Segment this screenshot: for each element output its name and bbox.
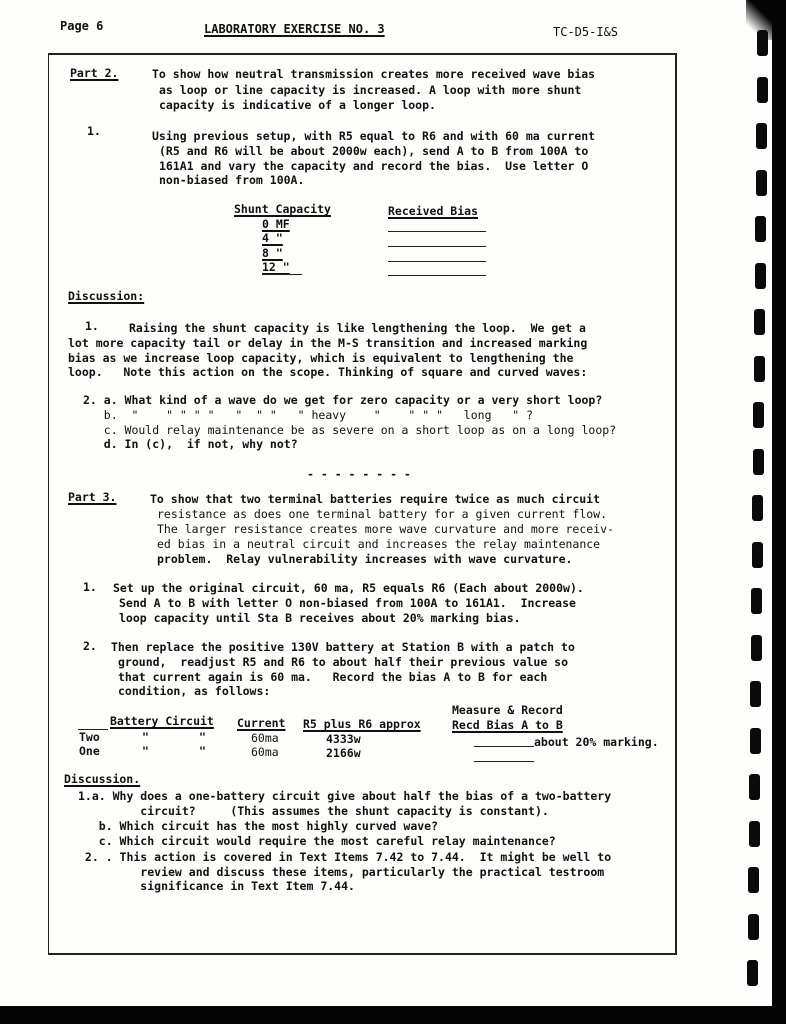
battery-row-1-ditto-2: " (199, 730, 206, 744)
recd-bias-header: Recd Bias A to B (452, 718, 563, 732)
part3-step2-line-4: condition, as follows: (118, 684, 270, 699)
discussion-item1-line-2: lot more capacity tail or delay in the M… (68, 336, 587, 351)
battery-row-1-current: 60ma (251, 731, 279, 745)
binding-hole-mark (747, 960, 758, 986)
battery-row-1-resistance: 4333w (326, 732, 361, 746)
part3-step2-num: 2. (83, 639, 97, 653)
part2-intro-1: To show how neutral transmission creates… (152, 67, 595, 82)
part2-intro-3: capacity is indicative of a longer loop. (159, 98, 436, 113)
part3-intro-2: resistance as does one terminal battery … (157, 507, 607, 522)
part3-discussion-line-5: 2. . This action is covered in Text Item… (78, 850, 611, 865)
part3-intro-1: To show that two terminal batteries requ… (150, 492, 600, 507)
part3-discussion-line-1: 1.a. Why does a one-battery circuit give… (78, 789, 611, 804)
binding-hole-mark (752, 542, 763, 568)
part2-step1-line-1: Using previous setup, with R5 equal to R… (152, 129, 595, 144)
part2-intro-2: as loop or line capacity is increased. A… (159, 83, 581, 98)
scan-edge-right (772, 0, 786, 1024)
binding-hole-mark (752, 495, 763, 521)
discussion-item2-b: b. " " " " " " " " " heavy " " " " long … (83, 408, 533, 423)
binding-hole-mark (750, 728, 761, 754)
received-bias-blank-3[interactable] (388, 261, 486, 262)
capacity-row-3: 8 " (262, 246, 283, 260)
page-title: LABORATORY EXERCISE NO. 3 (204, 22, 385, 36)
capacity-row-1: 0 MF (262, 217, 290, 231)
binding-hole-mark (753, 449, 764, 475)
received-bias-blank-2[interactable] (388, 246, 486, 247)
received-bias-blank-1[interactable] (388, 231, 486, 232)
battery-row-2-resistance: 2166w (326, 746, 361, 760)
binding-hole-mark (756, 123, 767, 149)
battery-row-1-bias-blank[interactable] (474, 746, 534, 747)
section-separator: - - - - - - - - (307, 467, 411, 481)
binding-hole-mark (757, 77, 768, 103)
battery-row-2-bias-blank[interactable] (474, 761, 534, 762)
binding-hole-mark (756, 170, 767, 196)
binding-hole-mark (749, 774, 760, 800)
part3-discussion-line-2: circuit? (This assumes the shunt capacit… (78, 804, 549, 819)
binding-hole-mark (754, 356, 765, 382)
capacity-row-4: 12 " (262, 260, 290, 274)
discussion-item2-a: 2. a. What kind of a wave do we get for … (83, 393, 602, 408)
part3-intro-4: ed bias in a neutral circuit and increas… (157, 537, 600, 552)
capacity-row-2: 4 " (262, 231, 283, 245)
part3-step1-num: 1. (83, 580, 97, 594)
part2-label: Part 2. (70, 66, 118, 80)
part3-discussion-line-3: b. Which circuit has the most highly cur… (78, 819, 438, 834)
part2-step1-num: 1. (87, 124, 101, 138)
page-number: Page 6 (60, 19, 103, 33)
binding-hole-mark (751, 635, 762, 661)
discussion-item1-num: 1. (85, 319, 99, 333)
doc-code: TC-D5-I&S (553, 25, 618, 39)
binding-hole-mark (755, 263, 766, 289)
binding-hole-mark (748, 867, 759, 893)
measure-record-label: Measure & Record (452, 703, 563, 717)
current-header: Current (237, 716, 285, 730)
part3-step2-line-3: that current again is 60 ma. Record the … (118, 670, 547, 685)
battery-circuit-header: Battery Circuit (110, 714, 214, 728)
battery-row-2-label: One (79, 744, 100, 758)
scan-edge-bottom (0, 1006, 786, 1024)
received-bias-header: Received Bias (388, 204, 478, 218)
part3-discussion-line-7: significance in Text Item 7.44. (78, 879, 355, 894)
part3-label: Part 3. (68, 490, 116, 504)
part3-step1-line-1: Set up the original circuit, 60 ma, R5 e… (113, 581, 584, 596)
part2-step1-line-3: 161A1 and vary the capacity and record t… (159, 159, 588, 174)
discussion-item1-line-4: loop. Note this action on the scope. Thi… (68, 365, 587, 380)
part3-intro-3: The larger resistance creates more wave … (157, 522, 614, 537)
discussion-item2-c: c. Would relay maintenance be as severe … (83, 423, 616, 438)
battery-row-2-ditto-1: " (142, 744, 149, 758)
binding-hole-mark (750, 681, 761, 707)
received-bias-blank-4[interactable] (388, 275, 486, 276)
discussion-item1-line-3: bias as we increase loop capacity, which… (68, 351, 573, 366)
part3-intro-5: problem. Relay vulnerability increases w… (157, 552, 572, 567)
binding-hole-mark (751, 588, 762, 614)
battery-row-2-current: 60ma (251, 745, 279, 759)
binding-hole-mark (755, 216, 766, 242)
part3-step2-line-2: ground, readjust R5 and R6 to about half… (118, 655, 568, 670)
part3-step1-line-2: Send A to B with letter O non-biased fro… (119, 596, 576, 611)
discussion-item1-line-1: Raising the shunt capacity is like lengt… (129, 321, 586, 336)
shunt-capacity-header: Shunt Capacity (234, 202, 331, 216)
discussion-item2-d: d. In (c), if not, why not? (83, 437, 298, 452)
part2-step1-line-2: (R5 and R6 will be about 2000w each), se… (159, 144, 588, 159)
binding-hole-mark (749, 821, 760, 847)
part3-discussion-line-6: review and discuss these items, particul… (78, 865, 604, 880)
battery-row-2-ditto-2: " (199, 744, 206, 758)
battery-row-1-label: Two (79, 730, 100, 744)
binding-hole-mark (753, 402, 764, 428)
capacity-row-rule (262, 274, 302, 275)
part3-discussion-heading: Discussion. (64, 772, 140, 786)
part2-discussion-heading: Discussion: (68, 289, 144, 303)
part3-step1-line-3: loop capacity until Sta B receives about… (119, 611, 521, 626)
binding-hole-mark (748, 914, 759, 940)
binding-hole-mark (754, 309, 765, 335)
part2-step1-line-4: non-biased from 100A. (159, 173, 304, 188)
binding-hole-mark (757, 30, 768, 56)
battery-row-1-ditto-1: " (142, 730, 149, 744)
part3-step2-line-1: Then replace the positive 130V battery a… (111, 640, 575, 655)
battery-row-1-bias-note: about 20% marking. (534, 735, 659, 749)
part3-discussion-line-4: c. Which circuit would require the most … (78, 834, 556, 849)
resistance-header: R5 plus R6 approx (303, 717, 421, 731)
